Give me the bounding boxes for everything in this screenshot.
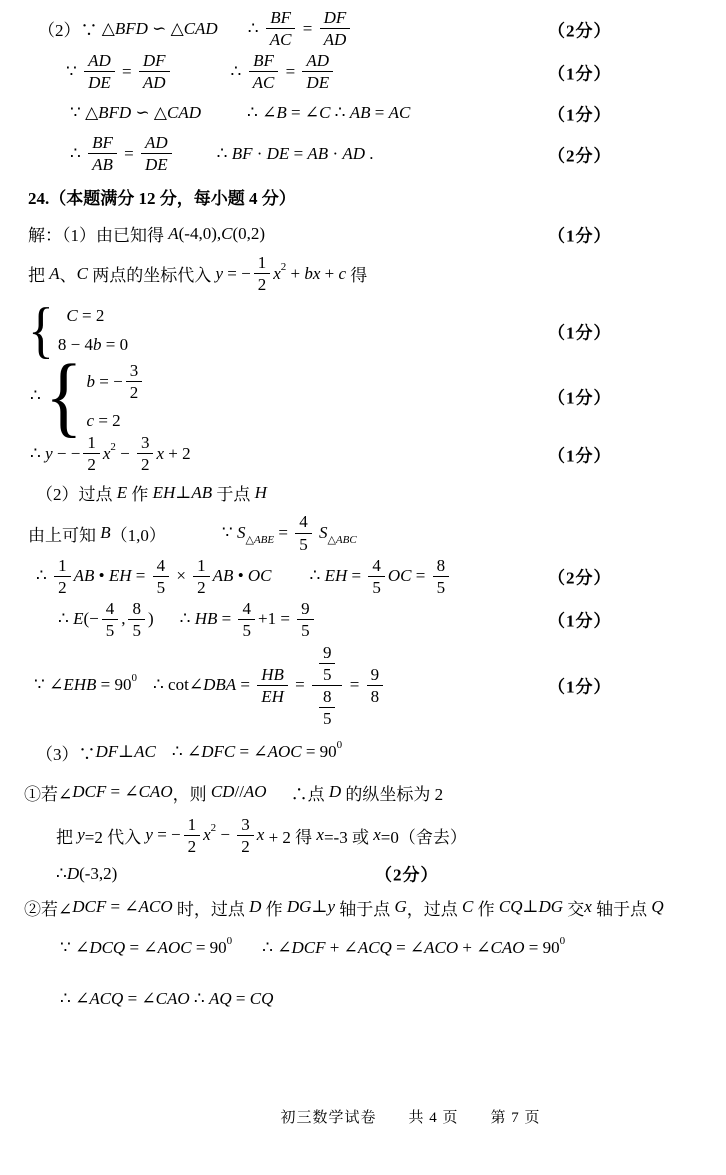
math-text: ∵ bbox=[66, 62, 81, 82]
math-text: bx bbox=[304, 264, 320, 284]
math-text: 2 bbox=[197, 578, 206, 597]
math-text: DFC bbox=[201, 742, 235, 762]
math-text: = bbox=[131, 566, 149, 586]
math-text: ∵ bbox=[222, 523, 237, 543]
math-text: AOC bbox=[268, 742, 302, 762]
math-text: ) bbox=[148, 609, 154, 629]
line-content: 24.（本题满分 12 分，每小题 4 分） bbox=[28, 184, 296, 209]
line-part3-perp: （3）∵DF⊥AC∴ ∠DFC = ∠AOC = 900 bbox=[0, 740, 726, 765]
math-text: AQ bbox=[209, 989, 232, 1009]
math-text: CAO bbox=[156, 989, 190, 1009]
math-text: = − bbox=[153, 825, 181, 845]
line-case1-result: ∴D(-3,2)（2分） bbox=[0, 863, 726, 884]
fraction-numerator: AD bbox=[84, 51, 115, 72]
math-text: + 2 得 bbox=[264, 823, 316, 848]
fraction: 85 bbox=[319, 687, 336, 728]
math-text: C bbox=[319, 103, 330, 123]
math-text: ∵ ∠ bbox=[34, 675, 63, 695]
math-text: ACQ bbox=[89, 989, 123, 1009]
math-text: 4 bbox=[299, 512, 308, 531]
fraction-denominator: AC bbox=[249, 72, 279, 92]
system-rows: b = −32c = 2 bbox=[87, 361, 146, 431]
math-text: x bbox=[156, 444, 164, 464]
math-text: = bbox=[232, 989, 250, 1009]
math-text: ACO bbox=[424, 938, 458, 958]
math-text: CAO bbox=[491, 938, 525, 958]
fraction-denominator: 85 bbox=[312, 686, 343, 728]
line-content: （2）过点 E 作 EH⊥AB 于点 H bbox=[36, 480, 267, 505]
math-text: 5 bbox=[299, 535, 308, 554]
math-text: 2 bbox=[141, 455, 150, 474]
fraction: BFAC bbox=[249, 51, 279, 92]
math-text: E bbox=[117, 483, 127, 503]
math-text: CAD bbox=[167, 103, 201, 123]
line-part2-construct: （2）过点 E 作 EH⊥AB 于点 H bbox=[0, 480, 726, 505]
math-text: ∠ bbox=[189, 675, 203, 695]
math-text: DCF bbox=[72, 897, 106, 917]
fraction: 85 bbox=[433, 556, 450, 597]
math-text: BFD bbox=[98, 103, 131, 123]
math-text: AD bbox=[88, 51, 111, 70]
line-content: ∴ 12AB • EH = 45 × 12AB • OC∴ EH = 45OC … bbox=[36, 556, 452, 597]
math-text: 1 bbox=[197, 556, 206, 575]
math-text: 5 bbox=[106, 621, 115, 640]
fraction-numerator: 8 bbox=[319, 687, 336, 708]
math-text: AD bbox=[143, 73, 166, 92]
math-text: 8 bbox=[132, 599, 141, 618]
math-text: = bbox=[217, 609, 235, 629]
equation-system: {b = −32c = 2 bbox=[45, 361, 145, 431]
math-text: (-3,2) bbox=[79, 864, 117, 884]
math-text: A bbox=[49, 264, 59, 284]
math-text: D bbox=[329, 782, 341, 802]
math-text: ∴ bbox=[248, 19, 263, 39]
math-text: = bbox=[120, 144, 138, 164]
fraction-numerator: DF bbox=[139, 51, 170, 72]
math-text: = bbox=[371, 103, 389, 123]
line-cot-compute: ∵ ∠EHB = 900∴ cot∠DBA = HBEH = 9585 = 98… bbox=[0, 643, 726, 728]
line-area-compute: ∴ 12AB • EH = 45 × 12AB • OC∴ EH = 45OC … bbox=[0, 556, 726, 597]
fraction-numerator: 1 bbox=[254, 253, 271, 274]
math-text: = − bbox=[95, 372, 123, 392]
fraction-denominator: AC bbox=[266, 29, 296, 49]
fraction-numerator: HB bbox=[257, 665, 288, 686]
math-text: AC bbox=[134, 742, 156, 762]
math-text: 4 bbox=[106, 599, 115, 618]
fraction-denominator: DE bbox=[302, 72, 333, 92]
math-text: EH bbox=[109, 566, 132, 586]
fraction: 45 bbox=[238, 599, 255, 640]
math-text: 得 bbox=[346, 261, 367, 286]
math-text: y bbox=[77, 825, 85, 845]
fraction-numerator: 1 bbox=[193, 556, 210, 577]
line-content: ∵ △BFD ∽ △CAD∴ ∠B = ∠C ∴ AB = AC bbox=[70, 103, 410, 123]
math-text: 5 bbox=[372, 578, 381, 597]
fraction: 45 bbox=[153, 556, 170, 597]
fraction-denominator: DE bbox=[84, 72, 115, 92]
fraction: 45 bbox=[368, 556, 385, 597]
math-text: DG bbox=[287, 897, 312, 917]
math-text: = 2 bbox=[94, 411, 121, 431]
math-text: EH bbox=[325, 566, 348, 586]
math-text: c bbox=[339, 264, 347, 284]
math-text: ②若∠ bbox=[24, 895, 72, 920]
subscript: △ABE bbox=[245, 533, 274, 546]
math-text: A bbox=[168, 224, 178, 244]
math-text: S bbox=[319, 523, 328, 543]
line-system-1: { C = 28 − 4b = 0（1分） bbox=[0, 306, 726, 355]
score-badge: （1分） bbox=[548, 59, 612, 84]
math-text: = bbox=[118, 62, 136, 82]
superscript: 2 bbox=[281, 261, 287, 273]
score-badge: （1分） bbox=[548, 441, 612, 466]
math-text: = bbox=[299, 19, 317, 39]
fraction-denominator: AD bbox=[320, 29, 351, 49]
superscript: 0 bbox=[560, 935, 566, 947]
fraction-numerator: 4 bbox=[153, 556, 170, 577]
math-text: +1 = bbox=[258, 609, 294, 629]
math-text: 作 bbox=[261, 895, 287, 920]
math-text: ∴ ∠ bbox=[262, 938, 291, 958]
fraction-denominator: 5 bbox=[297, 620, 314, 640]
math-text: ∴ bbox=[217, 144, 232, 164]
math-text: 4 bbox=[157, 556, 166, 575]
superscript: 2 bbox=[211, 822, 217, 834]
fraction: 98 bbox=[367, 665, 384, 706]
math-text: ⊥ bbox=[175, 483, 191, 503]
fraction: 32 bbox=[137, 433, 154, 474]
fraction-denominator: 5 bbox=[295, 534, 312, 554]
math-text: 的纵坐标为 2 bbox=[341, 780, 443, 805]
math-text: = 90 bbox=[302, 742, 337, 762]
math-text: BF bbox=[270, 8, 291, 27]
math-text: = 90 bbox=[192, 938, 227, 958]
math-text: S bbox=[237, 523, 246, 543]
math-text: B bbox=[276, 103, 286, 123]
math-text: AC bbox=[389, 103, 411, 123]
math-text: 1 bbox=[87, 433, 96, 452]
math-text: = ∠ bbox=[123, 989, 155, 1009]
math-text: △ bbox=[245, 534, 253, 546]
math-text: 把 bbox=[56, 823, 77, 848]
math-text: = − bbox=[223, 264, 251, 284]
math-text: 作 bbox=[473, 895, 499, 920]
fraction: 12 bbox=[54, 556, 71, 597]
math-text: DF bbox=[96, 742, 119, 762]
system-row: C = 2 bbox=[58, 306, 104, 326]
fraction: 9585 bbox=[312, 643, 343, 728]
fraction: 32 bbox=[126, 361, 143, 402]
score-badge: （2分） bbox=[548, 564, 612, 589]
math-text: ACO bbox=[139, 897, 173, 917]
line-content: （3）∵DF⊥AC∴ ∠DFC = ∠AOC = 900 bbox=[36, 740, 342, 765]
math-text: ∽ △ bbox=[131, 103, 167, 123]
math-text: 1 bbox=[258, 253, 267, 272]
math-text: y bbox=[45, 444, 53, 464]
math-text: . bbox=[365, 144, 374, 164]
math-text: = 90 bbox=[96, 675, 131, 695]
math-text: = bbox=[289, 144, 307, 164]
math-text: − bbox=[116, 444, 134, 464]
math-text: DCQ bbox=[89, 938, 125, 958]
fraction-numerator: 9 bbox=[319, 643, 336, 664]
fraction-denominator: DE bbox=[141, 154, 172, 174]
math-text: ∴ bbox=[231, 62, 246, 82]
superscript: 0 bbox=[227, 935, 233, 947]
fraction: HBEH bbox=[257, 665, 288, 706]
line-content: ②若∠DCF = ∠ACO 时，过点 D 作 DG⊥y 轴于点 G，过点 C 作… bbox=[24, 895, 664, 920]
math-text: ，则 bbox=[173, 780, 211, 805]
math-text: DE bbox=[267, 144, 290, 164]
math-text: =-3 或 bbox=[324, 823, 373, 848]
math-text: BF bbox=[92, 133, 113, 152]
math-text: 轴于点 bbox=[335, 895, 395, 920]
math-text: = bbox=[345, 675, 363, 695]
math-text: ∴ bbox=[180, 609, 195, 629]
math-text: ∴ bbox=[30, 386, 45, 406]
math-text: B bbox=[100, 523, 110, 543]
subscript: △ABC bbox=[327, 533, 356, 546]
math-text: DF bbox=[143, 51, 166, 70]
fraction-denominator: 5 bbox=[128, 620, 145, 640]
math-text: x bbox=[203, 825, 211, 845]
math-text: 5 bbox=[132, 621, 141, 640]
math-text: · bbox=[252, 144, 266, 164]
system-row: b = −32 bbox=[87, 361, 146, 402]
math-text: AD bbox=[324, 30, 347, 49]
fraction-numerator: AD bbox=[141, 133, 172, 154]
score-badge: （1分） bbox=[548, 384, 612, 409]
fraction-numerator: BF bbox=[249, 51, 278, 72]
math-text: = 0 bbox=[102, 335, 129, 355]
math-text: 8 bbox=[437, 556, 446, 575]
footer-text: 初三数学试卷 共 4 页 第 7 页 bbox=[280, 1110, 540, 1126]
fraction-numerator: BF bbox=[266, 8, 295, 29]
math-text: ∴ ∠ bbox=[60, 989, 89, 1009]
score-badge: （2分） bbox=[375, 861, 439, 886]
fraction: BFAB bbox=[88, 133, 117, 174]
math-text: x bbox=[257, 825, 265, 845]
score-badge: （1分） bbox=[548, 318, 612, 343]
fraction-numerator: 3 bbox=[126, 361, 143, 382]
math-text: AB bbox=[191, 483, 212, 503]
math-text: 作 bbox=[127, 480, 153, 505]
line-content: ∴D(-3,2) bbox=[56, 864, 117, 884]
math-text: ∴ bbox=[56, 864, 67, 884]
fraction: ADDE bbox=[141, 133, 172, 174]
math-text: x bbox=[584, 897, 592, 917]
math-text: 2 bbox=[241, 837, 250, 856]
math-text: DCF bbox=[72, 782, 106, 802]
math-text: • bbox=[94, 566, 108, 586]
fraction-denominator: 5 bbox=[368, 577, 385, 597]
fraction-numerator: 9 bbox=[367, 665, 384, 686]
math-text: HB bbox=[195, 609, 218, 629]
math-text: 9 bbox=[301, 599, 310, 618]
math-text: Q bbox=[651, 897, 663, 917]
math-text: AB bbox=[350, 103, 371, 123]
fraction-denominator: AB bbox=[88, 154, 117, 174]
math-text: 0 bbox=[131, 672, 137, 684]
math-text: = bbox=[281, 62, 299, 82]
line-ratio-2: ∵ ADDE = DFAD∴ BFAC = ADDE（1分） bbox=[0, 51, 726, 92]
math-text: ABE bbox=[254, 534, 274, 546]
math-text: AD bbox=[342, 144, 365, 164]
math-text: // bbox=[234, 782, 243, 802]
math-text: AC bbox=[270, 30, 292, 49]
line-point-e: ∴ E(−45,85)∴ HB = 45+1 = 95（1分） bbox=[0, 599, 726, 640]
math-text: AOC bbox=[158, 938, 192, 958]
math-text: = ∠ bbox=[287, 103, 319, 123]
math-text bbox=[58, 306, 67, 326]
math-text: ∴ ∠ bbox=[247, 103, 276, 123]
fraction-numerator: 1 bbox=[83, 433, 100, 454]
math-text: G bbox=[394, 897, 406, 917]
line-content: ∵ ∠DCQ = ∠AOC = 900∴ ∠DCF + ∠ACQ = ∠ACO … bbox=[60, 938, 565, 958]
math-text: · bbox=[328, 144, 342, 164]
math-text: 轴于点 bbox=[592, 895, 652, 920]
math-text: DCF bbox=[291, 938, 325, 958]
math-text: 解：（1）由已知得 bbox=[28, 221, 168, 246]
fraction-numerator: 4 bbox=[102, 599, 119, 620]
line-content: ∴ E(−45,85)∴ HB = 45+1 = 95 bbox=[58, 599, 317, 640]
math-text: 24.（本题满分 12 分，每小题 4 分） bbox=[28, 184, 296, 209]
fraction-denominator: 2 bbox=[83, 454, 100, 474]
fraction-denominator: 5 bbox=[319, 664, 336, 684]
math-text: 4 bbox=[242, 599, 251, 618]
fraction: 12 bbox=[83, 433, 100, 474]
math-text: c bbox=[87, 411, 95, 431]
math-text: + 2 bbox=[164, 444, 191, 464]
line-case1-sub: 把 y=2 代入 y = −12x2 − 32x + 2 得 x=-3 或 x=… bbox=[0, 815, 726, 856]
math-text: H bbox=[255, 483, 267, 503]
math-text: ∴点 bbox=[291, 780, 329, 805]
math-text: − − bbox=[53, 444, 81, 464]
math-text: △ bbox=[102, 19, 115, 39]
fraction-denominator: 8 bbox=[367, 686, 384, 706]
math-text: x bbox=[316, 825, 324, 845]
math-text: × bbox=[172, 566, 190, 586]
math-text: DF bbox=[324, 8, 347, 27]
math-text: x bbox=[103, 444, 111, 464]
fraction-numerator: 1 bbox=[54, 556, 71, 577]
math-text: DE bbox=[145, 155, 168, 174]
math-text: 5 bbox=[157, 578, 166, 597]
left-brace: { bbox=[45, 358, 82, 434]
math-text: DE bbox=[306, 73, 329, 92]
line-content: 由上可知 B（1,0）∵ S△ABE = 45 S△ABC bbox=[28, 512, 357, 553]
line-ratio-product: ∴ BFAB = ADDE∴ BF · DE = AB · AD .（2分） bbox=[0, 133, 726, 174]
fraction: ADDE bbox=[84, 51, 115, 92]
score-badge: （2分） bbox=[548, 141, 612, 166]
math-text: BFD bbox=[115, 19, 148, 39]
fraction: DFAD bbox=[320, 8, 351, 49]
math-text: AB bbox=[213, 566, 234, 586]
fraction: 95 bbox=[319, 643, 336, 684]
fraction-denominator: 2 bbox=[193, 577, 210, 597]
math-text: = bbox=[236, 675, 254, 695]
line-content: 把 y=2 代入 y = −12x2 − 32x + 2 得 x=-3 或 x=… bbox=[56, 815, 467, 856]
line-area-relation: 由上可知 B（1,0）∵ S△ABE = 45 S△ABC bbox=[0, 512, 726, 553]
line-content: 解：（1）由已知得 A(-4,0),C(0,2) bbox=[28, 221, 265, 246]
fraction-numerator: 9 bbox=[297, 599, 314, 620]
fraction-numerator: 3 bbox=[237, 815, 254, 836]
fraction-numerator: 4 bbox=[238, 599, 255, 620]
math-text: 5 bbox=[242, 621, 251, 640]
math-text: △ bbox=[327, 534, 335, 546]
math-text: 0 bbox=[227, 935, 233, 947]
math-text: 时，过点 bbox=[173, 895, 250, 920]
math-text: 0 bbox=[337, 739, 343, 751]
line-case2: ②若∠DCF = ∠ACO 时，过点 D 作 DG⊥y 轴于点 G，过点 C 作… bbox=[0, 895, 726, 920]
math-text: 0 bbox=[560, 935, 566, 947]
math-text: C bbox=[77, 264, 88, 284]
line-case2-conclusion: ∴ ∠ACQ = ∠CAO ∴ AQ = CQ bbox=[0, 988, 726, 1009]
line-content: ∴ BFAB = ADDE∴ BF · DE = AB · AD . bbox=[70, 133, 374, 174]
math-text: ∵ ∠ bbox=[60, 938, 89, 958]
math-text: AO bbox=[244, 782, 267, 802]
fraction: 45 bbox=[295, 512, 312, 553]
line-content: ∵ ADDE = DFAD∴ BFAC = ADDE bbox=[66, 51, 336, 92]
math-text: CAO bbox=[139, 782, 173, 802]
math-text: （1,0） bbox=[111, 521, 166, 546]
fraction-denominator: 5 bbox=[238, 620, 255, 640]
math-text: 由上可知 bbox=[28, 521, 100, 546]
math-text: AC bbox=[253, 73, 275, 92]
math-text: 交 bbox=[563, 895, 584, 920]
math-text: AB bbox=[307, 144, 328, 164]
math-text: HB bbox=[261, 665, 284, 684]
line-substitute-intro: 把 A、C 两点的坐标代入 y = −12x2 + bx + c 得 bbox=[0, 253, 726, 294]
math-text: 3 bbox=[141, 433, 150, 452]
page-footer: 初三数学试卷 共 4 页 第 7 页 bbox=[0, 1106, 726, 1127]
fraction-numerator: 8 bbox=[433, 556, 450, 577]
line-sol-known: 解：（1）由已知得 A(-4,0),C(0,2)（1分） bbox=[0, 221, 726, 246]
fraction: 12 bbox=[254, 253, 271, 294]
math-text: 1 bbox=[58, 556, 67, 575]
score-badge: （1分） bbox=[548, 607, 612, 632]
math-text: = bbox=[412, 566, 430, 586]
math-text: （2）∵ bbox=[38, 16, 102, 41]
fraction-numerator: 1 bbox=[184, 815, 201, 836]
math-text: = ∠ bbox=[106, 897, 138, 917]
line-content: ①若∠DCF = ∠CAO，则 CD//AO∴点 D 的纵坐标为 2 bbox=[24, 780, 443, 805]
fraction-numerator: AD bbox=[302, 51, 333, 72]
math-text: 、 bbox=[60, 261, 77, 286]
document-lines: （2）∵ △BFD ∽ △CAD∴ BFAC = DFAD（2分）∵ ADDE … bbox=[0, 0, 726, 1009]
math-text: = 90 bbox=[525, 938, 560, 958]
math-text: 5 bbox=[301, 621, 310, 640]
math-text: 2 bbox=[110, 441, 116, 453]
math-text: DBA bbox=[203, 675, 236, 695]
fraction-numerator: DF bbox=[320, 8, 351, 29]
math-text: C bbox=[66, 306, 77, 326]
math-text: （2）过点 bbox=[36, 480, 117, 505]
superscript: 2 bbox=[110, 441, 116, 453]
math-text: OC bbox=[388, 566, 412, 586]
math-text: =0（舍去） bbox=[381, 823, 467, 848]
fraction-denominator: 2 bbox=[254, 274, 271, 294]
fraction-denominator: 5 bbox=[102, 620, 119, 640]
fraction-denominator: EH bbox=[257, 686, 288, 706]
line-content: ∴ y − −12x2 − 32x + 2 bbox=[30, 433, 191, 474]
score-badge: （1分） bbox=[548, 673, 612, 698]
line-system-2: ∴ {b = −32c = 2（1分） bbox=[0, 361, 726, 431]
fraction: 45 bbox=[102, 599, 119, 640]
math-text: AB bbox=[74, 566, 95, 586]
math-text: ∴ bbox=[190, 989, 209, 1009]
math-text: = bbox=[291, 675, 309, 695]
